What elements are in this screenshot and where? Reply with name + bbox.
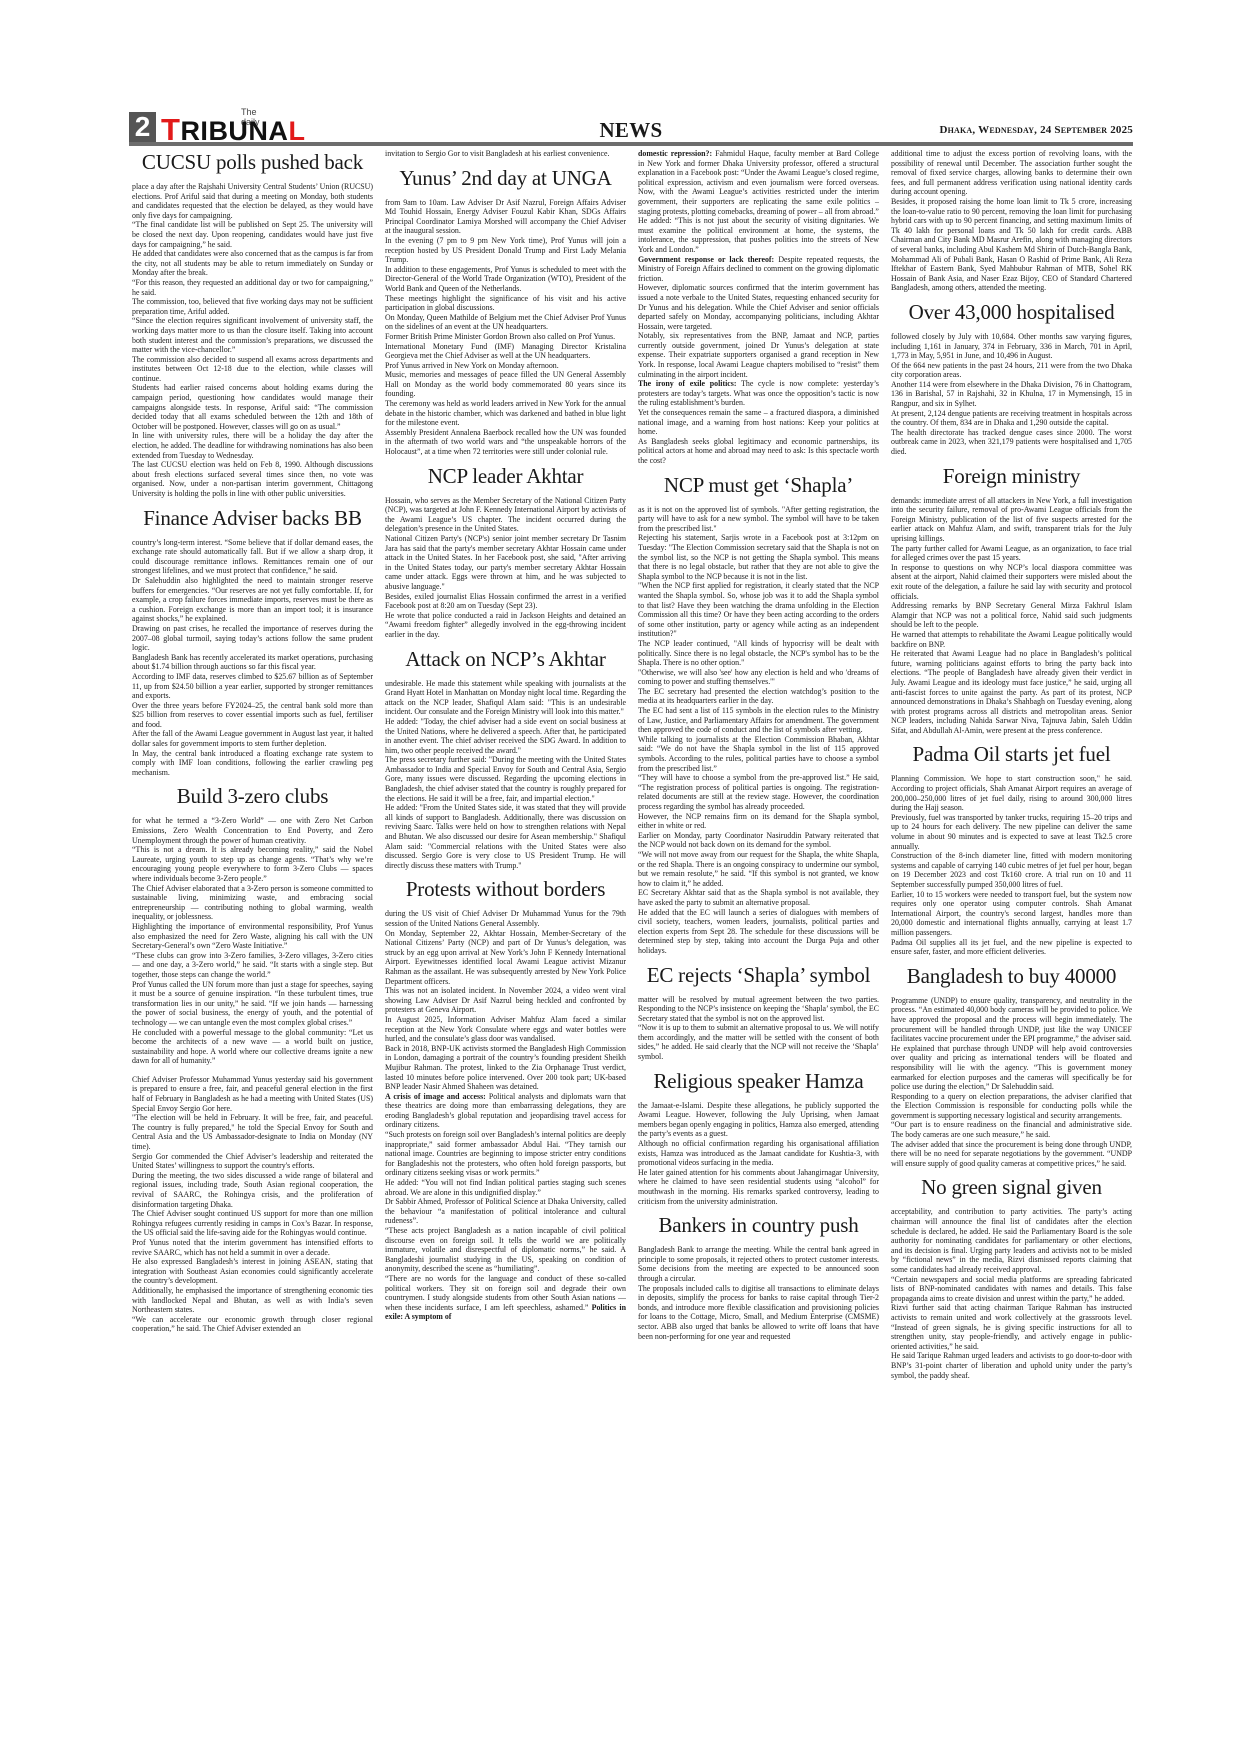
article-paragraph: during the US visit of Chief Adviser Dr …	[385, 909, 626, 928]
paragraph-text: According to IMF data, reserves climbed …	[132, 672, 373, 700]
paragraph-text: He explained that purchase through UNDP …	[891, 1044, 1132, 1091]
paragraph-text: Back in 2018, BNP-UK activists stormed t…	[385, 1044, 626, 1091]
article-paragraph: As Bangladesh seeks global legitimacy an…	[638, 437, 879, 466]
paragraph-text: Hossain, who serves as the Member Secret…	[385, 496, 626, 534]
paragraph-text: In May, the central bank introduced a fl…	[132, 749, 373, 777]
article-paragraph: Padma Oil supplies all its jet fuel, and…	[891, 938, 1132, 957]
article-paragraph: Rejecting his statement, Sarjis wrote in…	[638, 533, 879, 581]
article-paragraph: He added: “You will not find Indian poli…	[385, 1178, 626, 1197]
paragraph-text: On Monday, Queen Mathilde of Belgium met…	[385, 313, 626, 332]
paragraph-text: place a day after the Rajshahi Universit…	[132, 182, 373, 220]
article-paragraph: Sergio Gor commended the Chief Adviser’s…	[132, 1152, 373, 1171]
paragraph-text: In response to questions on why NCP’s lo…	[891, 563, 1132, 601]
article-paragraph: These meetings highlight the significanc…	[385, 294, 626, 313]
paragraph-text: during the US visit of Chief Adviser Dr …	[385, 909, 626, 928]
article-headline[interactable]: EC rejects ‘Shapla’ symbol	[638, 963, 879, 987]
article-headline[interactable]: Finance Adviser backs BB	[132, 506, 373, 530]
article-paragraph: He said Tarique Rahman urged leaders and…	[891, 1351, 1132, 1380]
article-paragraph: While talking to journalists at the Elec…	[638, 735, 879, 773]
paragraph-text: The party further called for Awami Leagu…	[891, 544, 1132, 563]
article-paragraph: EC Secretary Akhtar said that as the Sha…	[638, 888, 879, 907]
paragraph-text: The NCP leader continued, "All kinds of …	[638, 639, 879, 667]
article-paragraph: He added: "From the United States side, …	[385, 803, 626, 870]
paragraph-text: Another 114 were from elsewhere in the D…	[891, 380, 1132, 408]
article-paragraph: The EC had sent a list of 115 symbols in…	[638, 706, 879, 735]
paragraph-text: followed closely by July with 10,684. Ot…	[891, 332, 1132, 360]
masthead-rule	[129, 142, 1133, 146]
article-paragraph: Notably, six representatives from the BN…	[638, 331, 879, 379]
paragraph-text: This was not an isolated incident. In No…	[385, 986, 626, 1014]
paragraph-text: The commission also decided to suspend a…	[132, 355, 373, 383]
paragraph-text: He reiterated that Awami League had no p…	[891, 649, 1132, 735]
article-paragraph: At present, 2,124 dengue patients are re…	[891, 409, 1132, 428]
paragraph-text: These meetings highlight the significanc…	[385, 294, 626, 313]
paragraph-text: “Such protests on foreign soil over Bang…	[385, 1130, 626, 1177]
paragraph-text: "When the NCP first applied for registra…	[638, 581, 879, 638]
column-4: additional time to adjust the excess por…	[891, 149, 1132, 1569]
article-paragraph: place a day after the Rajshahi Universit…	[132, 182, 373, 220]
article-paragraph: Earlier, 10 to 15 workers were needed to…	[891, 890, 1132, 938]
paragraph-text: “There are no words for the language and…	[385, 1274, 626, 1312]
article-paragraph: country’s long-term interest. “Some beli…	[132, 538, 373, 576]
article-paragraph: invitation to Sergio Gor to visit Bangla…	[385, 149, 626, 159]
article-paragraph: Music, memories and messages of peace fi…	[385, 370, 626, 399]
article-paragraph: In the evening (7 pm to 9 pm New York ti…	[385, 236, 626, 265]
article-paragraph: The adviser added that since the procure…	[891, 1140, 1132, 1169]
article-paragraph: “Now it is up to them to submit an alter…	[638, 1023, 879, 1061]
article-paragraph: He added: “This is not just about the se…	[638, 216, 879, 254]
paragraph-text: Rizvi further said that acting chairman …	[891, 1303, 1132, 1350]
article-paragraph: “These acts project Bangladesh as a nati…	[385, 1226, 626, 1274]
article-paragraph: Drawing on past crises, he recalled the …	[132, 624, 373, 653]
article-paragraph: The commission, too, believed that five …	[132, 297, 373, 316]
paragraph-text: “Since the election requires significant…	[132, 316, 373, 354]
paragraph-text: He wrote that police conducted a raid in…	[385, 611, 626, 639]
article-paragraph: Rizvi further said that acting chairman …	[891, 1303, 1132, 1351]
paragraph-text: “The final candidate list will be publis…	[132, 220, 373, 248]
paragraph-text: Rejecting his statement, Sarjis wrote in…	[638, 533, 879, 580]
article-headline[interactable]: NCP leader Akhtar	[385, 464, 626, 488]
article-paragraph: Additionally, he emphasised the importan…	[132, 1286, 373, 1315]
article-paragraph: matter will be resolved by mutual agreem…	[638, 995, 879, 1024]
article-paragraph: He later gained attention for his commen…	[638, 1168, 879, 1206]
article-paragraph: "When the NCP first applied for registra…	[638, 581, 879, 639]
article-paragraph: International Monetary Fund (IMF) Managi…	[385, 342, 626, 361]
article-paragraph: Assembly President Annalena Baerbock rec…	[385, 428, 626, 457]
paragraph-text: EC Secretary Akhtar said that as the Sha…	[638, 888, 879, 907]
paragraph-text: As Bangladesh seeks global legitimacy an…	[638, 437, 879, 465]
article-headline[interactable]: Yunus’ 2nd day at UNGA	[385, 166, 626, 190]
article-paragraph: He reiterated that Awami League had no p…	[891, 649, 1132, 735]
article-paragraph: Dr Salehuddin also highlighted the need …	[132, 576, 373, 624]
paragraph-text: International Monetary Fund (IMF) Managi…	[385, 342, 626, 361]
article-paragraph: The Chief Adviser elaborated that a 3-Ze…	[132, 884, 373, 922]
paragraph-text: matter will be resolved by mutual agreem…	[638, 995, 879, 1023]
paragraph-text: Prof Yunus noted that the interim govern…	[132, 1238, 373, 1257]
article-paragraph: After the fall of the Awami League gover…	[132, 729, 373, 748]
column-1: CUCSU polls pushed backplace a day after…	[132, 149, 373, 1569]
paragraph-text: Besides, exiled journalist Elias Hossain…	[385, 592, 626, 611]
article-paragraph: The NCP leader continued, "All kinds of …	[638, 639, 879, 668]
paragraph-text: He later gained attention for his commen…	[638, 1168, 879, 1206]
paragraph-text: He warned that attempts to rehabilitate …	[891, 630, 1132, 649]
article-separator	[132, 1066, 373, 1075]
article-paragraph: The Chief Adviser sought continued US su…	[132, 1209, 373, 1238]
article-paragraph: The ceremony was held as world leaders a…	[385, 399, 626, 428]
paragraph-text: Prof Yunus called the UN forum more than…	[132, 980, 373, 1027]
paragraph-text: In line with university rules, there wil…	[132, 431, 373, 459]
article-paragraph: Back in 2018, BNP-UK activists stormed t…	[385, 1044, 626, 1092]
article-paragraph: On Monday, Queen Mathilde of Belgium met…	[385, 313, 626, 332]
paragraph-text: Earlier on Monday, party Coordinator Nas…	[638, 831, 879, 850]
paragraph-lead: Government response or lack thereof:	[638, 255, 774, 264]
article-paragraph: Chief Adviser Professor Muhammad Yunus y…	[132, 1075, 373, 1113]
article-paragraph: Another 114 were from elsewhere in the D…	[891, 380, 1132, 409]
article-paragraph: Although no official confirmation regard…	[638, 1139, 879, 1168]
article-paragraph: “Certain newspapers and social media pla…	[891, 1275, 1132, 1304]
paragraph-text: Previously, fuel was transported by tank…	[891, 813, 1132, 851]
article-paragraph: In August 2025, Information Adviser Mahf…	[385, 1015, 626, 1044]
article-paragraph: He added that candidates were also conce…	[132, 249, 373, 278]
article-paragraph: Bangladesh Bank to arrange the meeting. …	[638, 1245, 879, 1283]
dateline: Dhaka, Wednesday, 24 September 2025	[939, 124, 1133, 136]
article-paragraph: Students had earlier raised concerns abo…	[132, 383, 373, 431]
paragraph-text: The EC had sent a list of 115 symbols in…	[638, 706, 879, 734]
article-paragraph: The proposals included calls to digitise…	[638, 1284, 879, 1342]
paragraph-text: Dr Sabbir Ahmed, Professor of Political …	[385, 1197, 626, 1225]
paragraph-text: Over the three years before FY2024–25, t…	[132, 701, 373, 729]
paragraph-text: While talking to journalists at the Elec…	[638, 735, 879, 773]
paragraph-text: However, the NCP remains firm on its dem…	[638, 812, 879, 831]
article-paragraph: Of the 664 new patients in the past 24 h…	[891, 361, 1132, 380]
article-paragraph: Prof Yunus noted that the interim govern…	[132, 1238, 373, 1257]
paragraph-text: The proposals included calls to digitise…	[638, 1284, 879, 1341]
article-paragraph: Programme (UNDP) to ensure quality, tran…	[891, 996, 1132, 1044]
article-paragraph: According to IMF data, reserves climbed …	[132, 672, 373, 701]
article-paragraph: In addition to these engagements, Prof Y…	[385, 265, 626, 294]
article-paragraph: Former British Prime Minister Gordon Bro…	[385, 332, 626, 342]
paragraph-text: Earlier, 10 to 15 workers were needed to…	[891, 890, 1132, 937]
article-headline[interactable]: CUCSU polls pushed back	[132, 150, 373, 174]
article-paragraph: domestic repression?: Fahmidul Haque, fa…	[638, 149, 879, 216]
paragraph-text: for what he termed a “3-Zero World” — on…	[132, 816, 373, 844]
article-paragraph: During the meeting, the two sides discus…	[132, 1171, 373, 1209]
paragraph-text: In August 2025, Information Adviser Mahf…	[385, 1015, 626, 1043]
paragraph-text: additional time to adjust the excess por…	[891, 149, 1132, 196]
article-paragraph: Addressing remarks by BNP Secretary Gene…	[891, 601, 1132, 630]
article-paragraph: "Otherwise, we will also 'see' how any e…	[638, 668, 879, 687]
article-paragraph: The health directorate has tracked dengu…	[891, 428, 1132, 457]
article-headline[interactable]: Attack on NCP’s Akhtar	[385, 647, 626, 671]
article-paragraph: He explained that purchase through UNDP …	[891, 1044, 1132, 1092]
paragraph-lead: The irony of exile politics:	[638, 379, 736, 388]
article-paragraph: the Jamaat-e-Islami. Despite these alleg…	[638, 1101, 879, 1139]
article-paragraph: In line with university rules, there wil…	[132, 431, 373, 460]
paragraph-text: Notably, six representatives from the BN…	[638, 331, 879, 378]
paragraph-text: Of the 664 new patients in the past 24 h…	[891, 361, 1132, 380]
paragraph-text: The press secretary further said: "Durin…	[385, 755, 626, 802]
article-paragraph: Responding to a query on election prepar…	[891, 1092, 1132, 1121]
masthead: 2 The daily TRIBUNAL NEWS Dhaka, Wednesd…	[129, 108, 1133, 142]
paragraph-text: He added: “This is not just about the se…	[638, 216, 879, 254]
article-paragraph: “Our part is to ensure readiness on the …	[891, 1120, 1132, 1139]
article-paragraph: The irony of exile politics: The cycle i…	[638, 379, 879, 408]
paragraph-text: The health directorate has tracked dengu…	[891, 428, 1132, 456]
paragraph-text: After the fall of the Awami League gover…	[132, 729, 373, 748]
paragraph-text: Programme (UNDP) to ensure quality, tran…	[891, 996, 1132, 1043]
paragraph-text: “Certain newspapers and social media pla…	[891, 1275, 1132, 1303]
paragraph-text: National Citizen Party's (NCP's) senior …	[385, 534, 626, 591]
article-paragraph: Besides, it proposed raising the home lo…	[891, 197, 1132, 293]
article-paragraph: However, diplomatic sources confirmed th…	[638, 283, 879, 331]
article-headline[interactable]: Padma Oil starts jet fuel	[891, 742, 1132, 766]
article-paragraph: He added that the EC will launch a serie…	[638, 908, 879, 956]
paragraph-text: from 9am to 10am. Law Adviser Dr Asif Na…	[385, 198, 626, 236]
paragraph-text: The Chief Adviser sought continued US su…	[132, 1209, 373, 1237]
paragraph-text: “Our part is to ensure readiness on the …	[891, 1120, 1132, 1139]
paragraph-text: Chief Adviser Professor Muhammad Yunus y…	[132, 1075, 373, 1113]
paragraph-text: The EC secretary had presented the elect…	[638, 687, 879, 706]
paragraph-text: acceptability, and contribution to party…	[891, 1207, 1132, 1274]
article-paragraph: Planning Commission. We hope to start co…	[891, 774, 1132, 812]
paragraph-text: Padma Oil supplies all its jet fuel, and…	[891, 938, 1132, 957]
article-headline[interactable]: Bangladesh to buy 40000	[891, 964, 1132, 988]
paragraph-text: He added: “You will not find Indian poli…	[385, 1178, 626, 1197]
article-paragraph: “There are no words for the language and…	[385, 1274, 626, 1322]
paragraph-text: “For this reason, they requested an addi…	[132, 278, 373, 297]
paragraph-text: demands: immediate arrest of all attacke…	[891, 496, 1132, 543]
article-paragraph: “This is not a dream. It is already beco…	[132, 845, 373, 883]
paragraph-text: Highlighting the importance of environme…	[132, 922, 373, 950]
paragraph-text: He added that candidates were also conce…	[132, 249, 373, 277]
article-headline[interactable]: Religious speaker Hamza	[638, 1069, 879, 1093]
article-paragraph: “These clubs can grow into 3-Zero famili…	[132, 951, 373, 980]
article-paragraph: On Monday, September 22, Akhtar Hossain,…	[385, 929, 626, 987]
article-paragraph: He added: "Today, the chief adviser had …	[385, 717, 626, 755]
article-paragraph: Construction of the 8-inch diameter line…	[891, 851, 1132, 889]
paragraph-text: The ceremony was held as world leaders a…	[385, 399, 626, 427]
column-2: invitation to Sergio Gor to visit Bangla…	[385, 149, 626, 1569]
article-paragraph: Prof Yunus called the UN forum more than…	[132, 980, 373, 1028]
article-headline[interactable]: Foreign ministry	[891, 464, 1132, 488]
paragraph-text: He added: "From the United States side, …	[385, 803, 626, 870]
paragraph-text: Although no official confirmation regard…	[638, 1139, 879, 1167]
paragraph-text: invitation to Sergio Gor to visit Bangla…	[385, 149, 609, 158]
paragraph-text: Assembly President Annalena Baerbock rec…	[385, 428, 626, 456]
paragraph-text: He concluded with a powerful message to …	[132, 1028, 373, 1066]
paragraph-text: The adviser added that since the procure…	[891, 1140, 1132, 1168]
article-paragraph: undesirable. He made this statement whil…	[385, 679, 626, 717]
paragraph-text: He added: "Today, the chief adviser had …	[385, 717, 626, 755]
article-paragraph: Over the three years before FY2024–25, t…	[132, 701, 373, 730]
paragraph-text: Fahmidul Haque, faculty member at Bard C…	[638, 149, 879, 216]
paragraph-text: Additionally, he emphasised the importan…	[132, 1286, 373, 1314]
article-paragraph: Dr Sabbir Ahmed, Professor of Political …	[385, 1197, 626, 1226]
article-paragraph: “We will not move away from our request …	[638, 850, 879, 888]
article-paragraph: The last CUCSU election was held on Feb …	[132, 460, 373, 498]
paragraph-text: Former British Prime Minister Gordon Bro…	[385, 332, 615, 341]
paragraph-text: In addition to these engagements, Prof Y…	[385, 265, 626, 293]
paragraph-text: "Otherwise, we will also 'see' how any e…	[638, 668, 879, 687]
paragraph-text: “We will not move away from our request …	[638, 850, 879, 888]
article-paragraph: followed closely by July with 10,684. Ot…	[891, 332, 1132, 361]
article-paragraph: as it is not on the approved list of sym…	[638, 505, 879, 534]
paragraph-text: At present, 2,124 dengue patients are re…	[891, 409, 1132, 428]
paragraph-text: the Jamaat-e-Islami. Despite these alleg…	[638, 1101, 879, 1139]
article-paragraph: Previously, fuel was transported by tank…	[891, 813, 1132, 851]
paragraph-text: Yet the consequences remain the same – a…	[638, 408, 879, 436]
article-paragraph: He concluded with a powerful message to …	[132, 1028, 373, 1066]
article-paragraph: A crisis of image and access: Political …	[385, 1092, 626, 1130]
article-headline[interactable]: No green signal given	[891, 1175, 1132, 1199]
paragraph-text: The commission, too, believed that five …	[132, 297, 373, 316]
article-paragraph: This was not an isolated incident. In No…	[385, 986, 626, 1015]
article-paragraph: In May, the central bank introduced a fl…	[132, 749, 373, 778]
article-paragraph: Highlighting the importance of environme…	[132, 922, 373, 951]
paragraph-text: During the meeting, the two sides discus…	[132, 1171, 373, 1209]
paragraph-text: Drawing on past crises, he recalled the …	[132, 624, 373, 652]
article-paragraph: “They will have to choose a symbol from …	[638, 773, 879, 811]
article-paragraph: from 9am to 10am. Law Adviser Dr Asif Na…	[385, 198, 626, 236]
paragraph-text: On Monday, September 22, Akhtar Hossain,…	[385, 929, 626, 986]
paragraph-text: The last CUCSU election was held on Feb …	[132, 460, 373, 498]
article-paragraph: “For this reason, they requested an addi…	[132, 278, 373, 297]
article-paragraph: demands: immediate arrest of all attacke…	[891, 496, 1132, 544]
paragraph-text: However, diplomatic sources confirmed th…	[638, 283, 879, 330]
article-paragraph: Besides, exiled journalist Elias Hossain…	[385, 592, 626, 611]
article-paragraph: “Since the election requires significant…	[132, 316, 373, 354]
paragraph-text: “They will have to choose a symbol from …	[638, 773, 879, 811]
paragraph-text: Responding to a query on election prepar…	[891, 1092, 1132, 1120]
article-paragraph: for what he termed a “3-Zero World” — on…	[132, 816, 373, 845]
paragraph-text: In the evening (7 pm to 9 pm New York ti…	[385, 236, 626, 264]
paragraph-text: Besides, it proposed raising the home lo…	[891, 197, 1132, 292]
article-headline[interactable]: Bankers in country push	[638, 1213, 879, 1237]
column-3: domestic repression?: Fahmidul Haque, fa…	[638, 149, 879, 1569]
paragraph-text: Prof Yunus arrived in New York on Monday…	[385, 361, 559, 370]
paragraph-text: Dr Salehuddin also highlighted the need …	[132, 576, 373, 623]
article-paragraph: Prof Yunus arrived in New York on Monday…	[385, 361, 626, 371]
article-paragraph: In response to questions on why NCP’s lo…	[891, 563, 1132, 601]
paragraph-text: Planning Commission. We hope to start co…	[891, 774, 1132, 812]
article-paragraph: Earlier on Monday, party Coordinator Nas…	[638, 831, 879, 850]
article-paragraph: The party further called for Awami Leagu…	[891, 544, 1132, 563]
paragraph-text: Construction of the 8-inch diameter line…	[891, 851, 1132, 889]
article-paragraph: The commission also decided to suspend a…	[132, 355, 373, 384]
paragraph-text: Addressing remarks by BNP Secretary Gene…	[891, 601, 1132, 629]
article-headline[interactable]: NCP must get ‘Shapla’	[638, 473, 879, 497]
paragraph-text: He said Tarique Rahman urged leaders and…	[891, 1351, 1132, 1379]
paragraph-text: Students had earlier raised concerns abo…	[132, 383, 373, 430]
paragraph-text: The Chief Adviser elaborated that a 3-Ze…	[132, 884, 373, 922]
article-paragraph: acceptability, and contribution to party…	[891, 1207, 1132, 1274]
article-paragraph: The EC secretary had presented the elect…	[638, 687, 879, 706]
article-paragraph: “Such protests on foreign soil over Bang…	[385, 1130, 626, 1178]
paragraph-text: Sergio Gor commended the Chief Adviser’s…	[132, 1152, 373, 1171]
paragraph-text: Music, memories and messages of peace fi…	[385, 370, 626, 398]
paragraph-text: “We can accelerate our economic growth t…	[132, 1315, 373, 1334]
paragraph-text: as it is not on the approved list of sym…	[638, 505, 879, 533]
paragraph-text: Bangladesh Bank to arrange the meeting. …	[638, 1245, 879, 1283]
article-headline[interactable]: Build 3-zero clubs	[132, 784, 373, 808]
article-paragraph: Hossain, who serves as the Member Secret…	[385, 496, 626, 534]
paragraph-text: country’s long-term interest. “Some beli…	[132, 538, 373, 576]
paragraph-text: “These acts project Bangladesh as a nati…	[385, 1226, 626, 1273]
article-paragraph: He warned that attempts to rehabilitate …	[891, 630, 1132, 649]
paragraph-text: He also expressed Bangladesh’s interest …	[132, 1257, 373, 1285]
article-paragraph: Government response or lack thereof: Des…	[638, 255, 879, 284]
article-paragraph: additional time to adjust the excess por…	[891, 149, 1132, 197]
news-columns: CUCSU polls pushed backplace a day after…	[132, 149, 1132, 1569]
paragraph-text: He added that the EC will launch a serie…	[638, 908, 879, 955]
paragraph-text: "The election will be held in February. …	[132, 1113, 373, 1151]
article-paragraph: National Citizen Party's (NCP's) senior …	[385, 534, 626, 592]
paragraph-text: “Now it is up to them to submit an alter…	[638, 1023, 879, 1061]
article-paragraph: The press secretary further said: "Durin…	[385, 755, 626, 803]
paragraph-text: “This is not a dream. It is already beco…	[132, 845, 373, 883]
paragraph-lead: A crisis of image and access:	[385, 1092, 486, 1101]
article-paragraph: He also expressed Bangladesh’s interest …	[132, 1257, 373, 1286]
paragraph-lead: domestic repression?:	[638, 149, 712, 158]
article-paragraph: "The election will be held in February. …	[132, 1113, 373, 1151]
article-paragraph: Yet the consequences remain the same – a…	[638, 408, 879, 437]
article-paragraph: He wrote that police conducted a raid in…	[385, 611, 626, 640]
article-headline[interactable]: Protests without borders	[385, 877, 626, 901]
article-paragraph: Bangladesh Bank has recently accelerated…	[132, 653, 373, 672]
paragraph-text: undesirable. He made this statement whil…	[385, 679, 626, 717]
paragraph-text: “These clubs can grow into 3-Zero famili…	[132, 951, 373, 979]
article-headline[interactable]: Over 43,000 hospitalised	[891, 300, 1132, 324]
article-paragraph: However, the NCP remains firm on its dem…	[638, 812, 879, 831]
article-paragraph: “The final candidate list will be publis…	[132, 220, 373, 249]
article-paragraph: “We can accelerate our economic growth t…	[132, 1315, 373, 1334]
paragraph-text: Bangladesh Bank has recently accelerated…	[132, 653, 373, 672]
